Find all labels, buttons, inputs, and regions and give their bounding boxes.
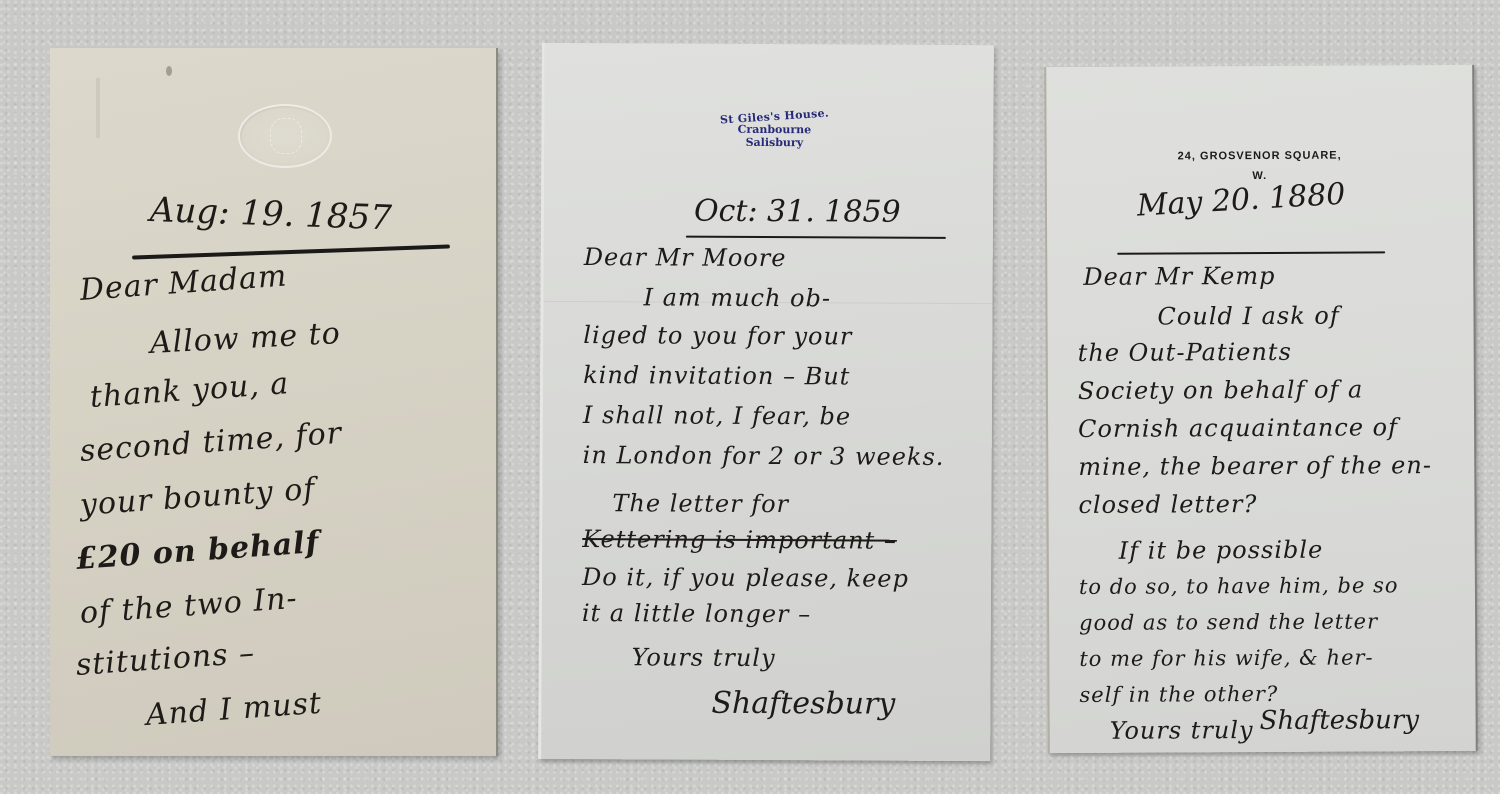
letter-line: good as to send the letter bbox=[1079, 609, 1378, 635]
letter-line: to me for his wife, & her- bbox=[1079, 645, 1373, 671]
letter-line: second time, for bbox=[79, 416, 343, 469]
letter-line: Allow me to bbox=[149, 316, 342, 361]
ink-smudge bbox=[166, 66, 172, 76]
letterhead-st-giles-house: St Giles's House. Cranbourne Salisbury bbox=[719, 110, 829, 150]
date-underline bbox=[132, 244, 450, 259]
letter-line: Do it, if you please, keep bbox=[582, 563, 909, 593]
date-underline bbox=[1117, 251, 1385, 254]
letter-line: £20 on behalf bbox=[75, 525, 321, 577]
letter-line: to do so, to have him, be so bbox=[1079, 573, 1399, 599]
letter-date: Oct: 31. 1859 bbox=[694, 194, 901, 230]
letter-line: the Out-Patients bbox=[1078, 338, 1292, 367]
ink-stain bbox=[96, 78, 100, 138]
letter-date: Aug: 19. 1857 bbox=[149, 190, 392, 238]
letter-1857: Aug: 19. 1857 Dear Madam Allow me to tha… bbox=[50, 48, 498, 756]
letter-line: I am much ob- bbox=[643, 283, 831, 312]
signature: Shaftesbury bbox=[711, 686, 895, 722]
letter-line: stitutions – bbox=[75, 636, 256, 683]
letter-line: kind invitation – But bbox=[583, 361, 850, 390]
letter-line: of the two In- bbox=[79, 581, 299, 631]
closing: Yours truly bbox=[632, 643, 776, 672]
letter-line: your bounty of bbox=[79, 472, 317, 523]
letter-line: closed letter? bbox=[1078, 490, 1257, 519]
letter-line: If it be possible bbox=[1119, 536, 1324, 565]
letter-line: Kettering is important – bbox=[582, 525, 897, 555]
salutation: Dear Mr Kemp bbox=[1083, 262, 1275, 291]
salutation: Dear Madam bbox=[79, 259, 289, 308]
crest-figure-icon bbox=[270, 118, 302, 154]
salutation: Dear Mr Moore bbox=[584, 243, 787, 272]
letter-line: mine, the bearer of the en- bbox=[1078, 451, 1432, 481]
letter-line: Could I ask of bbox=[1157, 302, 1339, 331]
letter-line: in London for 2 or 3 weeks. bbox=[583, 441, 945, 471]
letter-1880: 24, GROSVENOR SQUARE, W. May 20. 1880 De… bbox=[1044, 65, 1478, 753]
letter-line: thank you, a bbox=[89, 366, 291, 415]
letterhead-line: 24, GROSVENOR SQUARE, bbox=[1047, 145, 1473, 167]
letter-line: liged to you for your bbox=[583, 321, 852, 350]
letter-line: Society on behalf of a bbox=[1078, 375, 1364, 404]
date-underline bbox=[686, 236, 946, 239]
photo-surface: { "colors": { "background": "#c9c9c7", "… bbox=[0, 0, 1500, 794]
letter-line: it a little longer – bbox=[582, 599, 811, 628]
letter-line: I shall not, I fear, be bbox=[583, 401, 851, 430]
crest-emboss-icon bbox=[238, 104, 332, 168]
letter-line: Cornish acquaintance of bbox=[1078, 413, 1398, 443]
signature: Shaftesbury bbox=[1260, 705, 1420, 736]
letterhead-line: Salisbury bbox=[719, 136, 829, 150]
letter-line: And I must bbox=[145, 686, 323, 733]
letter-1859: St Giles's House. Cranbourne Salisbury O… bbox=[538, 43, 994, 761]
letter-line: The letter for bbox=[612, 489, 789, 518]
closing: Yours truly bbox=[1110, 716, 1254, 745]
letter-line: self in the other? bbox=[1079, 682, 1278, 707]
